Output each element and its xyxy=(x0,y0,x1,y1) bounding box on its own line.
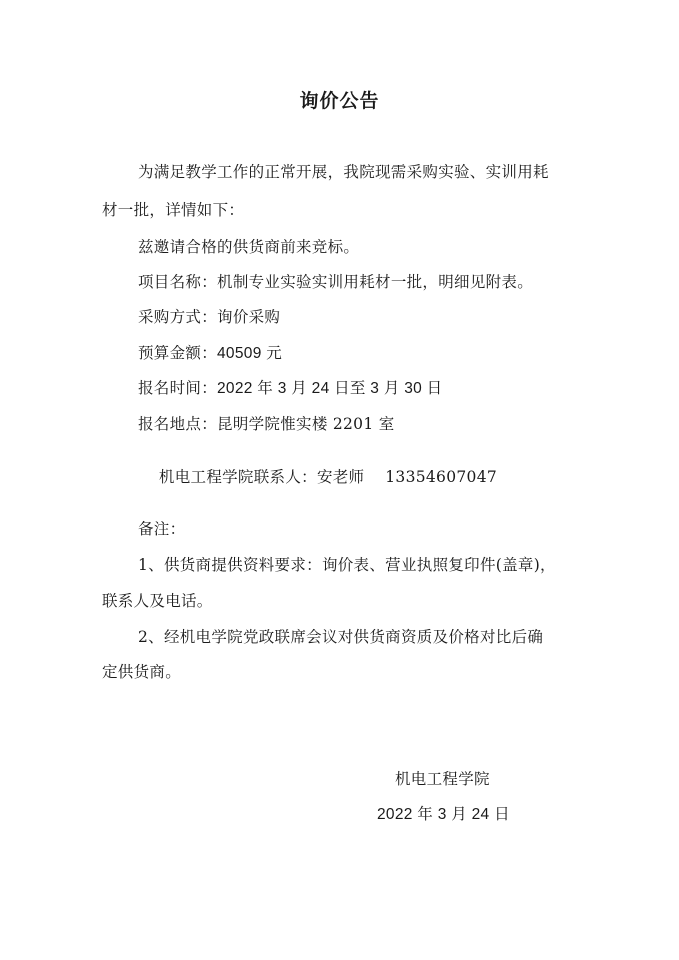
field-registration-time: 报名时间：2022 年 3 月 24 日至 3 月 30 日 xyxy=(138,376,442,398)
field-label: 采购方式： xyxy=(138,308,217,326)
field-registration-place: 报名地点：昆明学院惟实楼 2201 室 xyxy=(138,412,395,434)
field-label: 项目名称： xyxy=(138,273,217,291)
document-title: 询价公告 xyxy=(0,86,679,113)
field-value: 昆明学院惟实楼 2201 室 xyxy=(217,415,395,433)
field-label: 报名地点： xyxy=(138,415,217,433)
field-value: 2022 年 3 月 24 日至 3 月 30 日 xyxy=(217,380,442,397)
field-procurement-method: 采购方式：询价采购 xyxy=(138,305,280,327)
signature-org: 机电工程学院 xyxy=(395,767,490,789)
field-contact: 机电工程学院联系人：安老师 13354607047 xyxy=(138,447,497,505)
field-label: 机电工程学院联系人： xyxy=(159,468,317,486)
note-1-line-2: 联系人及电话。 xyxy=(102,589,213,611)
field-label: 预算金额： xyxy=(138,344,217,362)
field-value: 40509 元 xyxy=(217,345,282,362)
field-label: 报名时间： xyxy=(138,379,217,397)
field-project-name: 项目名称：机制专业实验实训用耗材一批，明细见附表。 xyxy=(138,270,533,292)
intro-line-2: 材一批，详情如下： xyxy=(102,198,244,220)
note-2-line-1: 2、经机电学院党政联席会议对供货商资质及价格对比后确 xyxy=(138,625,543,647)
note-2-line-2: 定供货商。 xyxy=(102,660,181,682)
intro-line-1: 为满足教学工作的正常开展，我院现需采购实验、实训用耗 xyxy=(138,160,549,182)
note-1-line-1: 1、供货商提供资料要求：询价表、营业执照复印件(盖章)， xyxy=(138,553,556,575)
field-value: 安老师 13354607047 xyxy=(317,468,497,486)
field-value: 机制专业实验实训用耗材一批，明细见附表。 xyxy=(217,273,533,291)
invitation-text: 兹邀请合格的供货商前来竞标。 xyxy=(138,235,359,257)
field-budget: 预算金额：40509 元 xyxy=(138,341,282,363)
notes-heading: 备注： xyxy=(138,517,185,539)
field-value: 询价采购 xyxy=(217,308,280,326)
signature-date: 2022 年 3 月 24 日 xyxy=(377,802,510,824)
